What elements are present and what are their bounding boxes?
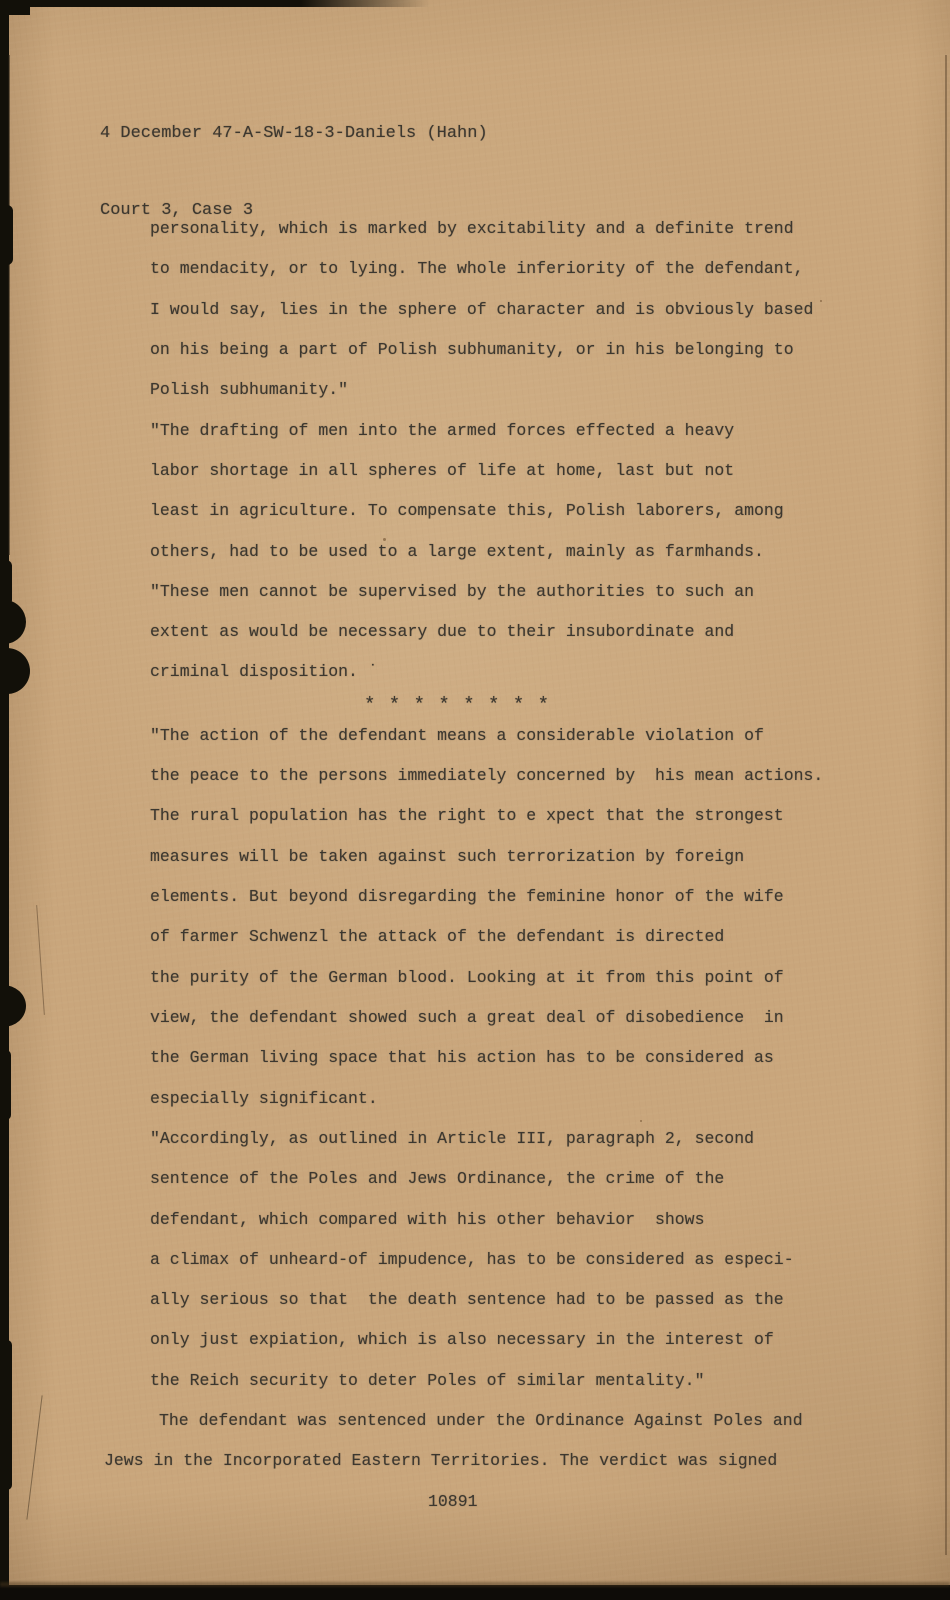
scan-edge-notch: [0, 205, 13, 265]
document-line: measures will be taken against such terr…: [0, 847, 950, 887]
document-line: Jews in the Incorporated Eastern Territo…: [0, 1451, 950, 1491]
torn-edge-line: [8, 55, 10, 555]
paper-speck: [820, 300, 822, 302]
document-line: others, had to be used to a large extent…: [0, 542, 950, 582]
document-line: to mendacity, or to lying. The whole inf…: [0, 259, 950, 299]
scan-edge-notch: [0, 560, 12, 606]
document-line: the purity of the German blood. Looking …: [0, 968, 950, 1008]
document-line: on his being a part of Polish subhumanit…: [0, 340, 950, 380]
scan-edge-top: [0, 0, 430, 7]
header-line-1: 4 December 47-A-SW-18-3-Daniels (Hahn): [100, 121, 488, 147]
asterisk-separator: * * * * * * * *: [0, 694, 950, 726]
document-line: a climax of unheard-of impudence, has to…: [0, 1250, 950, 1290]
document-line: ally serious so that the death sentence …: [0, 1290, 950, 1330]
document-line: "These men cannot be supervised by the a…: [0, 582, 950, 622]
scan-edge-notch: [0, 1050, 11, 1120]
document-line: The rural population has the right to e …: [0, 806, 950, 846]
document-body: personality, which is marked by excitabi…: [0, 219, 950, 1532]
document-line: labor shortage in all spheres of life at…: [0, 461, 950, 501]
scan-edge-notch: [0, 1340, 12, 1490]
document-line: view, the defendant showed such a great …: [0, 1008, 950, 1048]
document-line: The defendant was sentenced under the Or…: [0, 1411, 950, 1451]
document-line: personality, which is marked by excitabi…: [0, 219, 950, 259]
document-line: the peace to the persons immediately con…: [0, 766, 950, 806]
document-line: least in agriculture. To compensate this…: [0, 501, 950, 541]
document-line: elements. But beyond disregarding the fe…: [0, 887, 950, 927]
document-line: only just expiation, which is also neces…: [0, 1330, 950, 1370]
document-line: sentence of the Poles and Jews Ordinance…: [0, 1169, 950, 1209]
document-line: "The drafting of men into the armed forc…: [0, 421, 950, 461]
document-line: especially significant.: [0, 1089, 950, 1129]
scanned-document-screenshot: { "page": { "colors": { "paper": "#c9a67…: [0, 0, 950, 1600]
scan-edge-bottom-shadow: [0, 1582, 950, 1587]
document-line: extent as would be necessary due to thei…: [0, 622, 950, 662]
page-number: 10891: [0, 1492, 950, 1532]
document-line: the German living space that his action …: [0, 1048, 950, 1088]
document-line: "The action of the defendant means a con…: [0, 726, 950, 766]
document-line: defendant, which compared with his other…: [0, 1210, 950, 1250]
document-line: Polish subhumanity.": [0, 380, 950, 420]
document-line: the Reich security to deter Poles of sim…: [0, 1371, 950, 1411]
scan-edge-bottom: [0, 1585, 950, 1600]
scan-corner-top-left: [0, 0, 30, 15]
paper-speck: [383, 538, 386, 541]
document-line: of farmer Schwenzl the attack of the def…: [0, 927, 950, 967]
page-edge-right-shadow: [945, 55, 947, 1555]
document-line: I would say, lies in the sphere of chara…: [0, 300, 950, 340]
document-line: "Accordingly, as outlined in Article III…: [0, 1129, 950, 1169]
paper-speck: [640, 1120, 642, 1122]
